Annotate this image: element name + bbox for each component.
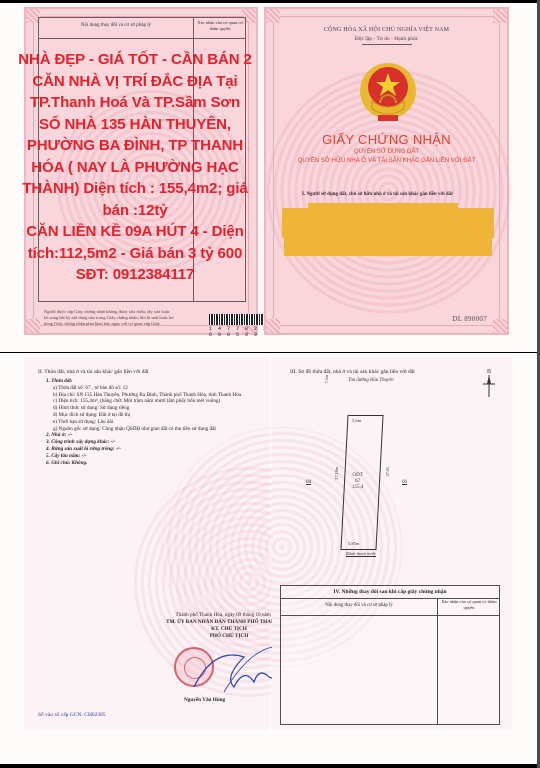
section-4-title: IV. Những thay đổi sau khi cấp giấy chứn… (281, 589, 499, 595)
advert-phone: SĐT: 0912384117 (2, 264, 268, 286)
table-header-content: Nội dung thay đổi và cơ sở pháp lý (281, 603, 437, 608)
usage-term: e) Thời hạn sử dụng: Lâu dài (42, 419, 257, 426)
certificate-serial: DL 890007 (452, 315, 487, 323)
certificate-subtitle-1: QUYỀN SỬ DỤNG ĐẤT (266, 149, 507, 155)
nation-header: CỘNG HÒA XÃ HỘI CHỦ NGHĨA VIỆT NAM (266, 27, 507, 33)
lot-number: a) Thửa đất số: 67 , tờ bản đồ số: 12 (42, 385, 257, 392)
north-arrow-icon: B (482, 367, 496, 397)
certificate-front-photo: Nội dung thay đổi và cơ sở pháp lý Xác n… (0, 3, 537, 352)
redaction-block (284, 238, 492, 256)
table-header-content: Nội dung thay đổi và cơ sở pháp lý (39, 23, 193, 28)
advert-line: tích:112,5m2 - Giá bán 3 tỷ 600 (2, 243, 268, 265)
certificate-front-right-page: CỘNG HÒA XÃ HỘI CHỦ NGHĨA VIỆT NAM Độc l… (264, 7, 509, 335)
road-label: Tim đường Hàn Thuyên (348, 378, 394, 383)
usage-purpose: đ) Mục đích sử dụng: Đất ở tại đô thị (42, 412, 257, 419)
advert-line: NHÀ ĐẸP - GIÁ TỐT - CẦN BÁN 2 (2, 49, 268, 71)
advert-line: TP.Thanh Hoá Và TP.Sầm Sơn (2, 92, 268, 114)
advert-line: HÓA ( NAY LÀ PHƯỜNG HẠC (2, 157, 268, 179)
plot-center-label: ODT 67 155,4 (352, 473, 363, 491)
neighbor-lot-right: 66 (402, 480, 407, 485)
section-4-table: IV. Những thay đổi sau khi cấp giấy chứn… (280, 585, 500, 725)
table-header-confirmation: Xác nhận của cơ quan có thẩm quyền (193, 20, 247, 32)
advert-line: PHƯỜNG BA ĐÌNH, TP THANH (2, 135, 268, 157)
drain-label: Rãnh thoát nước (346, 551, 376, 556)
house-item: 2. Nhà ở: -/- (42, 432, 257, 439)
neighbor-lot-left: 68 (306, 480, 311, 485)
national-emblem-icon (358, 61, 418, 123)
advert-line: bán :12tỷ (2, 200, 268, 222)
certificate-title: GIẤY CHỨNG NHẬN (266, 132, 507, 147)
registry-number: Số vào sổ cấp GCN: CH02385 (38, 712, 106, 718)
owner-section-label: I. Người sử dụng đất, chủ sở hữu nhà ở v… (302, 192, 453, 197)
advert-line: SỐ NHÀ 135 HÀN THUYÊN, (2, 114, 268, 136)
advert-line: CĂN NHÀ VỊ TRÍ ĐẮC ĐỊA Tại (2, 71, 268, 93)
plot-left-length: 27,18m (334, 467, 339, 480)
svg-text:B: B (487, 369, 491, 375)
section-3-title: III. Sơ đồ thửa đất, nhà ở và tài sản kh… (290, 369, 415, 375)
advert-line: CĂN LIỀN KỀ 09A HÚT 4 - Diện (2, 221, 268, 243)
section-2-title: II. Thửa đất, nhà ở và tài sản khác gắn … (38, 369, 148, 375)
usage-origin: g) Nguồn gốc sử dụng: Công nhận QSDĐ như… (42, 426, 257, 433)
certificate-back-right-page: III. Sơ đồ thửa đất, nhà ở và tài sản kh… (272, 357, 512, 730)
advert-line: THÀNH) Diện tích : 155,4m2; giá (2, 178, 268, 200)
advert-overlay: NHÀ ĐẸP - GIÁ TỐT - CẦN BÁN 2 CĂN NHÀ VỊ… (2, 49, 268, 286)
road-setback: 7,5m (324, 375, 329, 384)
redaction-block (282, 208, 494, 238)
nation-motto: Độc lập - Tự do - Hạnh phúc (266, 36, 507, 42)
plot-right-length: 27,05 (385, 467, 390, 476)
usage-form: d) Hình thức sử dụng: Sử dụng riêng (42, 405, 257, 412)
plot-top-width: 5,6m (352, 418, 361, 423)
plot-bottom-width: 5,85m (348, 541, 359, 546)
certificate-subtitle-2: QUYỀN SỞ HỮU NHÀ Ở VÀ TÀI SẢN KHÁC GẮN L… (266, 158, 507, 164)
certificate-back-photo: II. Thửa đất, nhà ở và tài sản khác gắn … (0, 353, 537, 764)
front-note: Người được cấp Giấy chứng nhận không đượ… (44, 309, 174, 327)
table-header-confirmation: Xác nhận của cơ quan có thẩm quyền (437, 599, 501, 610)
signer-name: Nguyễn Văn Hùng (184, 697, 225, 703)
